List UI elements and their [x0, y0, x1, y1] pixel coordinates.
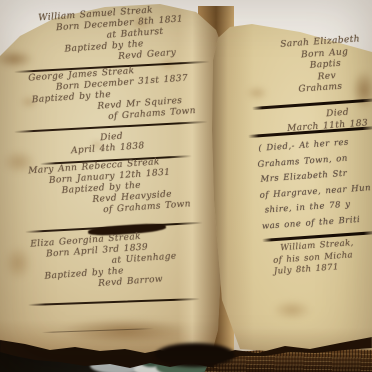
register-entry: William Streak, of his son Micha July 8t… [270, 238, 356, 278]
book-photo: William Samuel Streak Born December 8th … [0, 0, 372, 372]
paper-stain [0, 50, 34, 68]
paper-stain [272, 300, 312, 320]
register-entry: Sarah Elizabeth Born Aug Baptis Rev Grah… [278, 34, 364, 97]
register-entry: Mary Ann Rebecca Streak Born January 12t… [20, 155, 191, 222]
charred-blob [155, 343, 235, 367]
register-entry: ( Died,- At her res Grahams Town, on Mrs… [256, 134, 372, 235]
register-entry: William Samuel Streak Born December 8th … [30, 3, 186, 68]
register-entry: Eliza Georgina Streak Born April 3rd 183… [25, 230, 179, 295]
paper-stain [246, 86, 268, 100]
